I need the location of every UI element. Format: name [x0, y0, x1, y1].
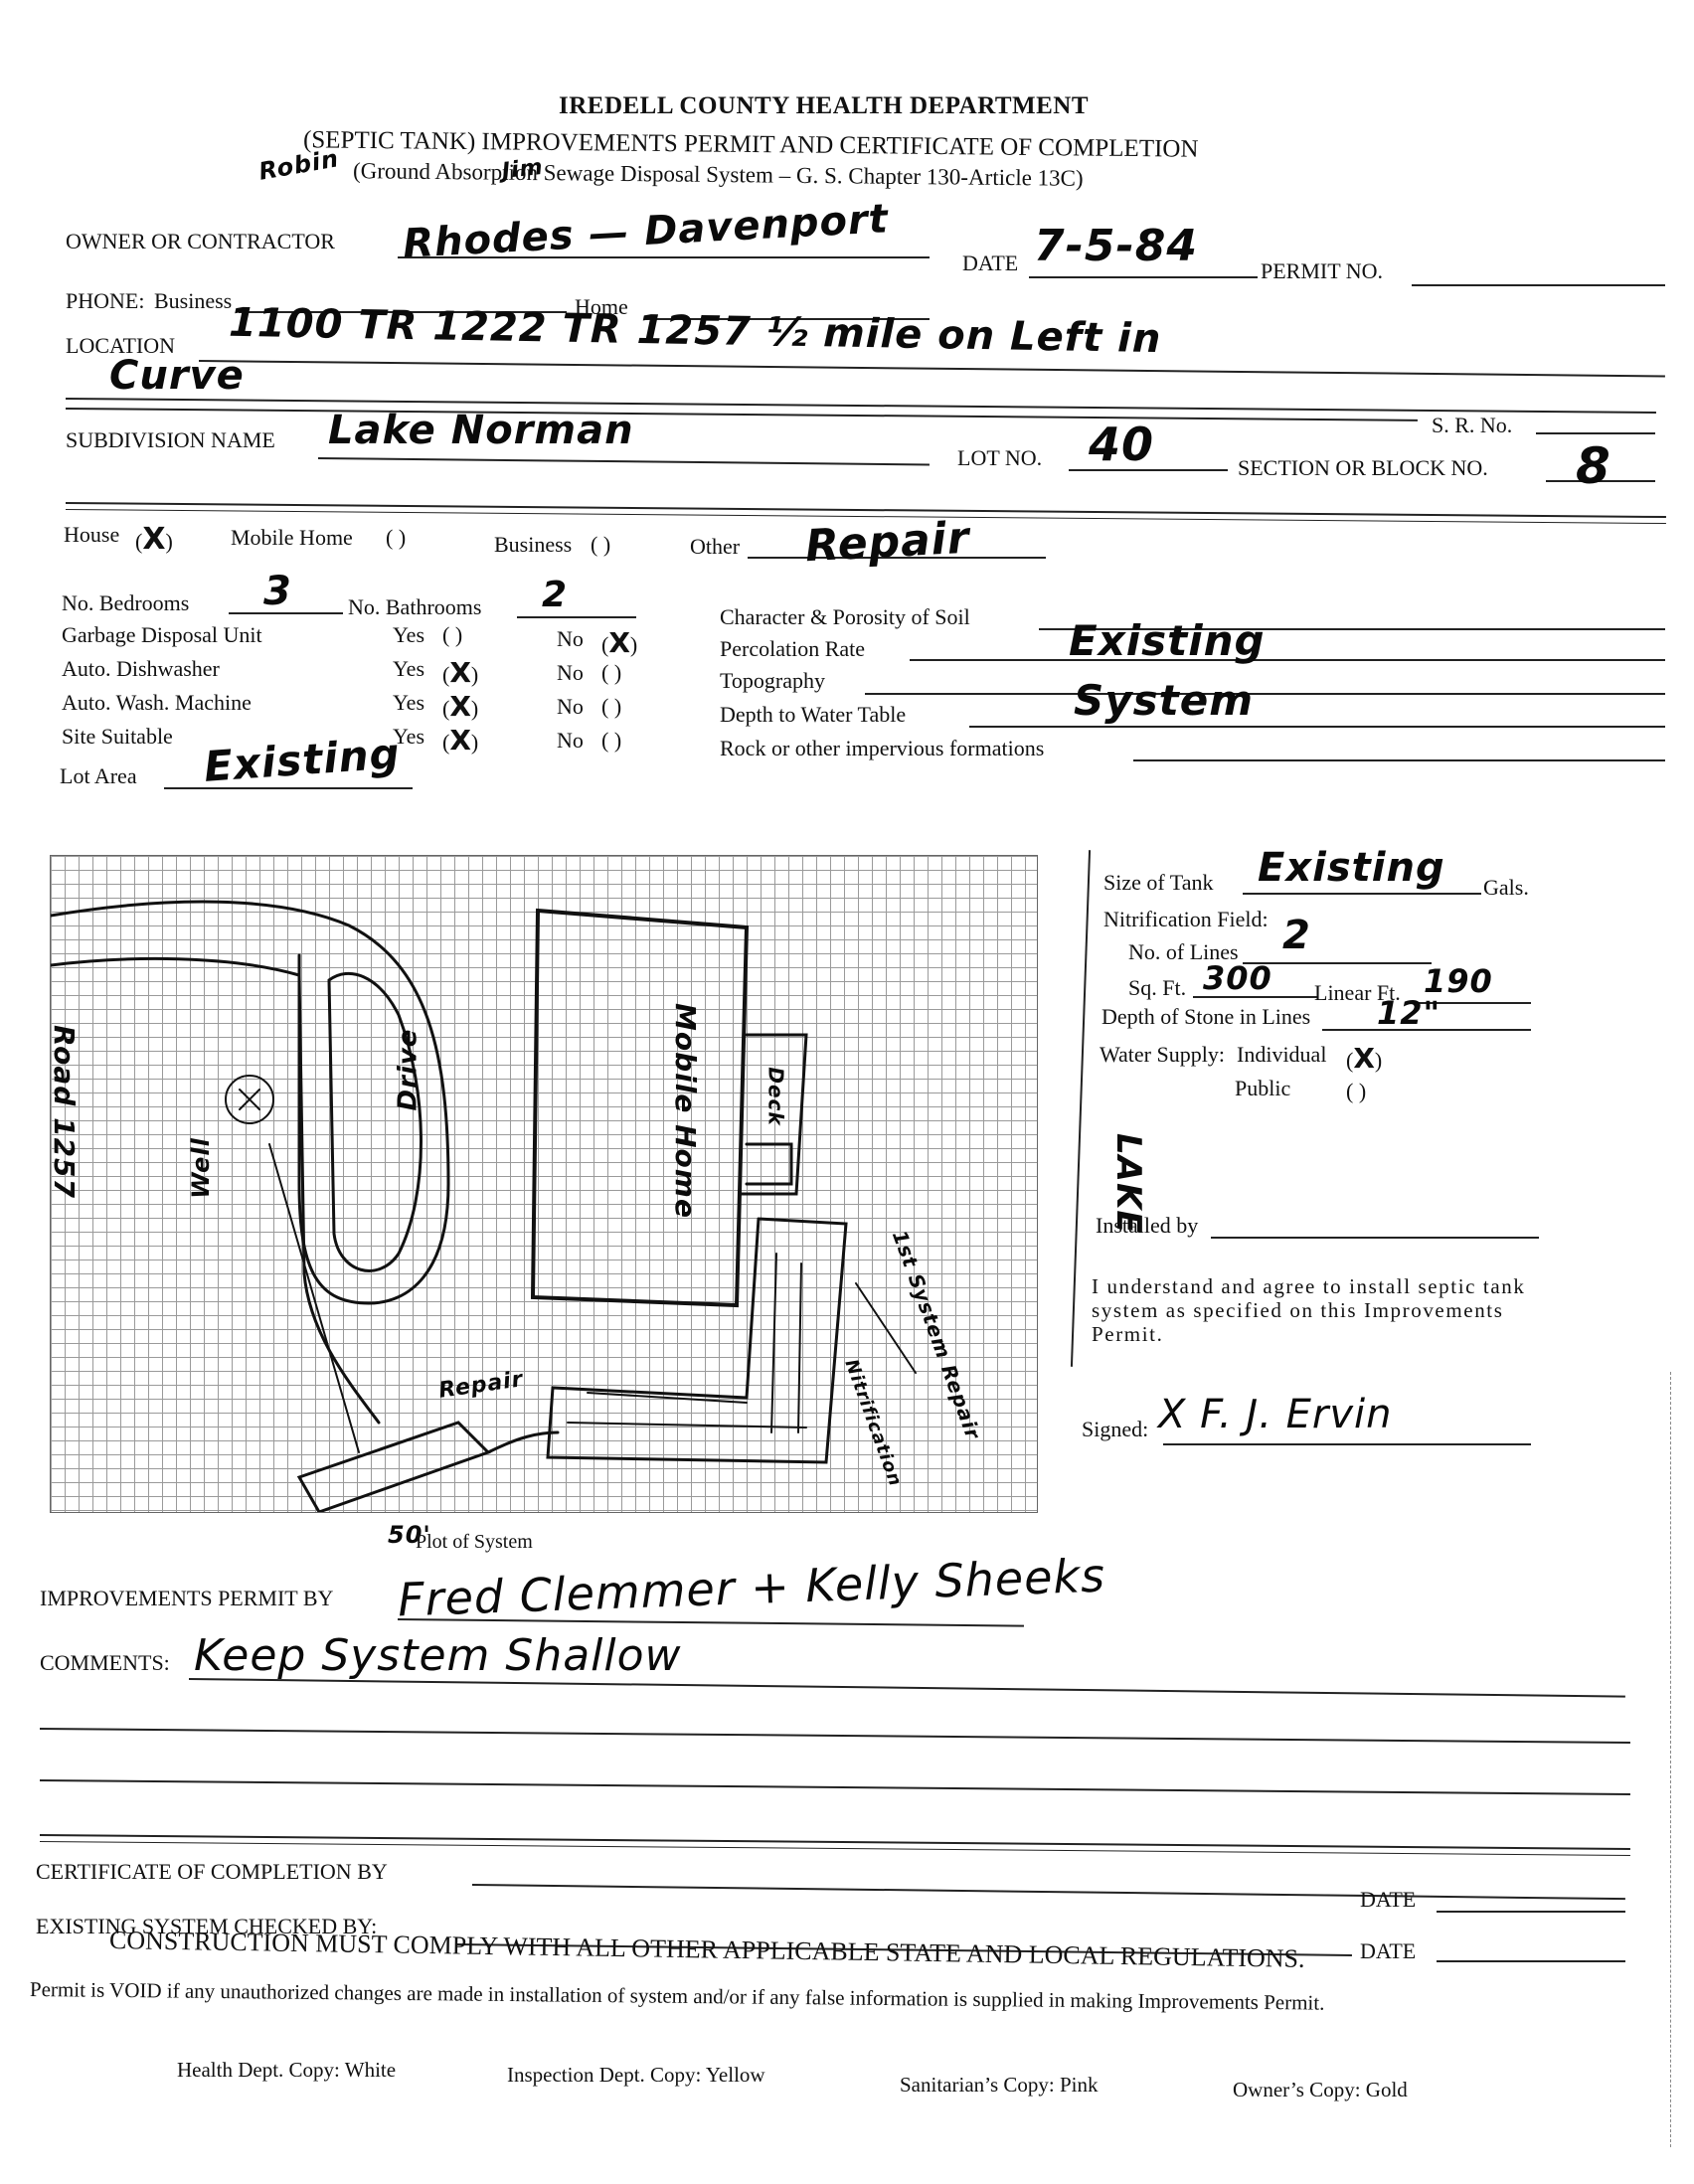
yes-label: Yes [393, 622, 424, 648]
yes-checkbox[interactable]: (X) [442, 656, 478, 689]
feature-label: Auto. Wash. Machine [62, 690, 252, 716]
no-label: No [557, 660, 584, 686]
percolation-label: Percolation Rate [720, 636, 865, 662]
location-field-line2[interactable]: Curve [109, 353, 245, 399]
copy-sanitarian: Sanitarian’s Copy: Pink [900, 2073, 1099, 2098]
yes-check-mark: X [449, 690, 471, 723]
bathrooms-field[interactable]: 2 [542, 575, 568, 615]
house-checkbox[interactable]: (X) [135, 522, 173, 557]
permit-by-label: IMPROVEMENTS PERMIT BY [40, 1586, 333, 1611]
stone-depth-field[interactable]: 12" [1377, 994, 1440, 1032]
no-label: No [557, 728, 584, 754]
individual-label: Individual [1237, 1042, 1326, 1068]
section-field[interactable]: 8 [1576, 437, 1611, 495]
existing-date-field[interactable] [1437, 1938, 1625, 1960]
signature-field[interactable]: X F. J. Ervin [1158, 1392, 1392, 1437]
sq-ft-label: Sq. Ft. [1128, 975, 1186, 1001]
completion-by-label: CERTIFICATE OF COMPLETION BY [36, 1859, 388, 1885]
comments-field[interactable]: Keep System Shallow [194, 1630, 682, 1681]
lot-area-label: Lot Area [60, 763, 137, 789]
sr-no-label: S. R. No. [1432, 413, 1512, 438]
lot-no-field[interactable]: 40 [1089, 418, 1154, 471]
sketch-drive-label: Drive [393, 1029, 423, 1111]
feature-label: Site Suitable [62, 724, 173, 750]
department-title: IREDELL COUNTY HEALTH DEPARTMENT [559, 92, 1089, 120]
signed-label: Signed: [1082, 1417, 1148, 1442]
permit-no-label: PERMIT NO. [1261, 258, 1383, 284]
permit-no-field[interactable] [1412, 260, 1665, 284]
no-label: No [557, 626, 584, 652]
permit-by-field[interactable]: Fred Clemmer + Kelly Sheeks [397, 1549, 1106, 1627]
soil-field-line2[interactable]: System [1074, 676, 1254, 725]
plot-sketch-grid: Road 1257 Well Drive Mobile Home Deck Re… [50, 855, 1038, 1513]
sq-ft-field[interactable]: 300 [1203, 959, 1272, 997]
house-check-mark: X [142, 522, 165, 557]
subdivision-field[interactable]: Lake Norman [328, 408, 634, 453]
sr-no-field[interactable] [1536, 410, 1655, 431]
lot-no-label: LOT NO. [957, 445, 1042, 471]
sketch-well-label: Well [187, 1137, 215, 1199]
business-label: Business [494, 532, 572, 558]
yes-checkbox[interactable]: (X) [442, 690, 478, 723]
topography-label: Topography [720, 668, 825, 694]
no-checkbox[interactable]: ( ) [601, 660, 621, 686]
nitrification-field-label: Nitrification Field: [1103, 907, 1269, 932]
water-table-label: Depth to Water Table [720, 702, 906, 728]
lot-area-field[interactable]: Existing [203, 729, 403, 791]
comments-label: COMMENTS: [40, 1650, 170, 1676]
other-label: Other [690, 534, 740, 560]
bathrooms-label: No. Bathrooms [348, 594, 481, 620]
existing-date-label: DATE [1360, 1938, 1416, 1964]
owner-label: OWNER OR CONTRACTOR [66, 229, 335, 254]
soil-character-label: Character & Porosity of Soil [720, 604, 970, 630]
yes-check-mark: X [449, 656, 471, 689]
house-label: House [64, 522, 119, 548]
rock-label: Rock or other impervious formations [720, 736, 1044, 761]
agreement-text: I understand and agree to install septic… [1092, 1274, 1527, 1346]
mobile-home-label: Mobile Home [231, 525, 353, 551]
stone-depth-label: Depth of Stone in Lines [1101, 1004, 1310, 1030]
gals-label: Gals. [1483, 875, 1529, 901]
yes-check-mark: X [449, 724, 471, 756]
void-notice: Permit is VOID if any unauthorized chang… [30, 1978, 1501, 2015]
feature-label: Garbage Disposal Unit [62, 622, 262, 648]
no-of-lines-field[interactable]: 2 [1282, 913, 1311, 958]
completion-date-field[interactable] [1437, 1889, 1625, 1911]
tank-size-label: Size of Tank [1103, 870, 1213, 896]
completion-date-label: DATE [1360, 1887, 1416, 1913]
no-checkbox[interactable]: ( ) [601, 694, 621, 720]
copy-owner: Owner’s Copy: Gold [1233, 2078, 1408, 2102]
sketch-road-label: Road 1257 [48, 1025, 81, 1199]
sketch-deck-label: Deck [764, 1067, 788, 1125]
installed-by-label: Installed by [1096, 1213, 1198, 1239]
location-field[interactable]: 1100 TR 1222 TR 1257 ½ mile on Left in [229, 300, 1162, 362]
phone-label: PHONE: [66, 288, 144, 314]
date-field[interactable]: 7-5-84 [1034, 221, 1198, 271]
installed-by-field[interactable] [1211, 1213, 1539, 1235]
subdivision-label: SUBDIVISION NAME [66, 427, 275, 453]
no-checkbox[interactable]: (X) [601, 626, 637, 659]
copy-inspection-dept: Inspection Dept. Copy: Yellow [507, 2063, 765, 2088]
water-supply-label: Water Supply: [1100, 1042, 1225, 1068]
plot-caption: Plot of System [416, 1531, 533, 1554]
individual-checkbox[interactable]: (X) [1346, 1042, 1382, 1075]
other-field[interactable]: Repair [804, 513, 971, 573]
bedrooms-label: No. Bedrooms [62, 590, 189, 616]
yes-label: Yes [393, 656, 424, 682]
public-label: Public [1235, 1076, 1290, 1101]
yes-label: Yes [393, 690, 424, 716]
sketch-home-label: Mobile Home [669, 1003, 702, 1219]
owner-first-name: Robin [256, 144, 341, 186]
individual-check-mark: X [1353, 1042, 1375, 1075]
soil-field[interactable]: Existing [1069, 616, 1266, 665]
copy-health-dept: Health Dept. Copy: White [177, 2058, 396, 2083]
yes-checkbox[interactable]: ( ) [442, 622, 462, 648]
completion-by-field[interactable] [472, 1861, 1347, 1883]
no-label: No [557, 694, 584, 720]
bedrooms-field[interactable]: 3 [263, 569, 292, 614]
mobile-home-checkbox[interactable]: ( ) [386, 525, 406, 551]
form-subtitle: (Ground Absorption Sewage Disposal Syste… [353, 158, 1084, 192]
contractor-first-name: Jim [501, 155, 545, 184]
no-checkbox[interactable]: ( ) [601, 728, 621, 754]
tank-size-field[interactable]: Existing [1258, 845, 1445, 891]
business-phone-label: Business [154, 288, 232, 314]
feature-label: Auto. Dishwasher [62, 656, 220, 682]
section-label: SECTION OR BLOCK NO. [1238, 455, 1488, 481]
yes-checkbox[interactable]: (X) [442, 724, 478, 756]
public-checkbox[interactable]: ( ) [1346, 1079, 1366, 1104]
no-check-mark: X [608, 626, 630, 659]
business-checkbox[interactable]: ( ) [591, 532, 610, 558]
date-label: DATE [962, 251, 1018, 276]
